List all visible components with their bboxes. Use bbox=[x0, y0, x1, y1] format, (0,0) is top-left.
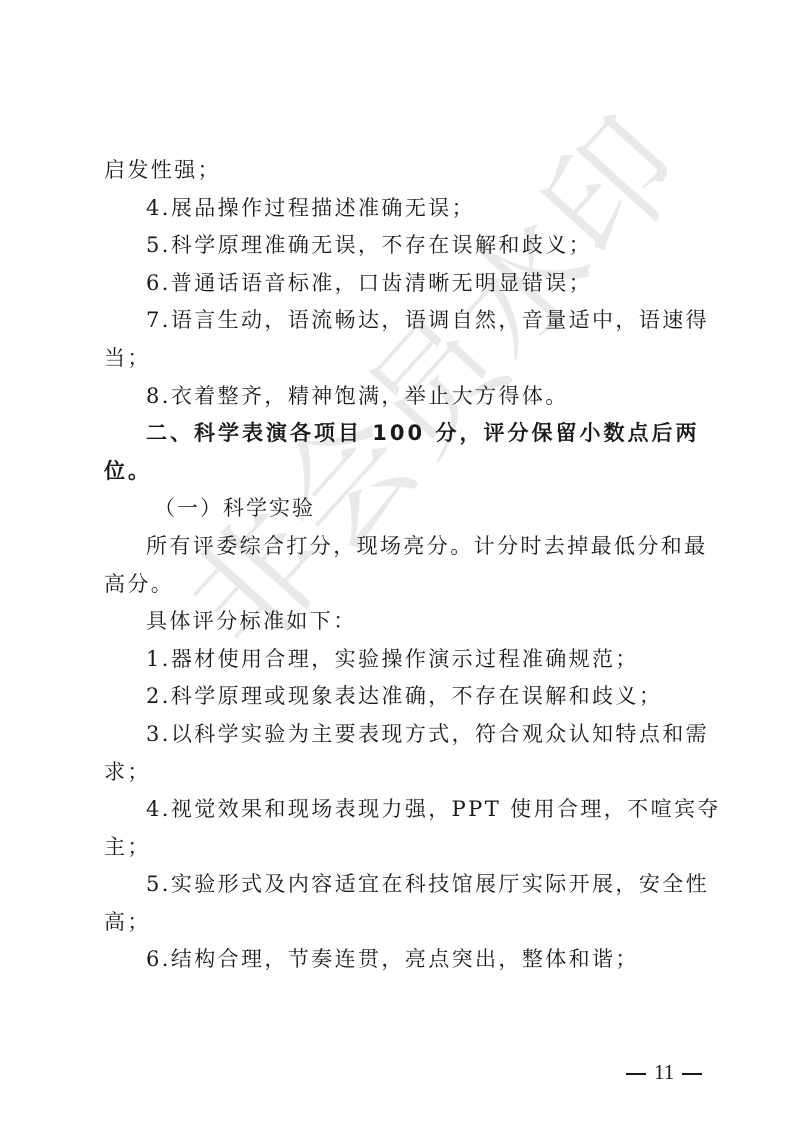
document-page: 非会员水印 启发性强； 4.展品操作过程描述准确无误； 5.科学原理准确无误，不… bbox=[0, 0, 794, 1122]
paragraph-line: 所有评委综合打分，现场亮分。计分时去掉最低分和最 bbox=[104, 528, 692, 566]
criteria-item: 4.视觉效果和现场表现力强，PPT 使用合理，不喧宾夺 bbox=[104, 791, 692, 829]
page-number-value: 11 bbox=[654, 1060, 674, 1084]
subsection-heading: （一）科学实验 bbox=[104, 490, 692, 528]
criteria-item: 1.器材使用合理，实验操作演示过程准确规范； bbox=[104, 641, 692, 679]
page-number: 11 bbox=[618, 1060, 710, 1085]
section-heading: 二、科学表演各项目 100 分，评分保留小数点后两 bbox=[104, 415, 692, 453]
paragraph-line: 高； bbox=[104, 904, 692, 942]
criteria-item: 2.科学原理或现象表达准确，不存在误解和歧义； bbox=[104, 678, 692, 716]
paragraph-line: 具体评分标准如下： bbox=[104, 603, 692, 641]
criteria-item: 7.语言生动，语流畅达，语调自然，音量适中，语速得 bbox=[104, 302, 692, 340]
criteria-item: 6.结构合理，节奏连贯，亮点突出，整体和谐； bbox=[104, 941, 692, 979]
criteria-item: 4.展品操作过程描述准确无误； bbox=[104, 190, 692, 228]
criteria-item: 5.实验形式及内容适宜在科技馆展厅实际开展，安全性 bbox=[104, 866, 692, 904]
criteria-item: 8.衣着整齐，精神饱满，举止大方得体。 bbox=[104, 378, 692, 416]
paragraph-line: 启发性强； bbox=[104, 152, 692, 190]
paragraph-line: 当； bbox=[104, 340, 692, 378]
criteria-item: 6.普通话语音标准，口齿清晰无明显错误； bbox=[104, 265, 692, 303]
criteria-item: 3.以科学实验为主要表现方式，符合观众认知特点和需 bbox=[104, 716, 692, 754]
criteria-item: 5.科学原理准确无误，不存在误解和歧义； bbox=[104, 227, 692, 265]
section-heading-continued: 位。 bbox=[104, 453, 692, 491]
dash-right bbox=[682, 1073, 702, 1075]
paragraph-line: 高分。 bbox=[104, 566, 692, 604]
page-body: 启发性强； 4.展品操作过程描述准确无误； 5.科学原理准确无误，不存在误解和歧… bbox=[104, 152, 692, 979]
paragraph-line: 求； bbox=[104, 754, 692, 792]
dash-left bbox=[626, 1073, 646, 1075]
paragraph-line: 主； bbox=[104, 829, 692, 867]
